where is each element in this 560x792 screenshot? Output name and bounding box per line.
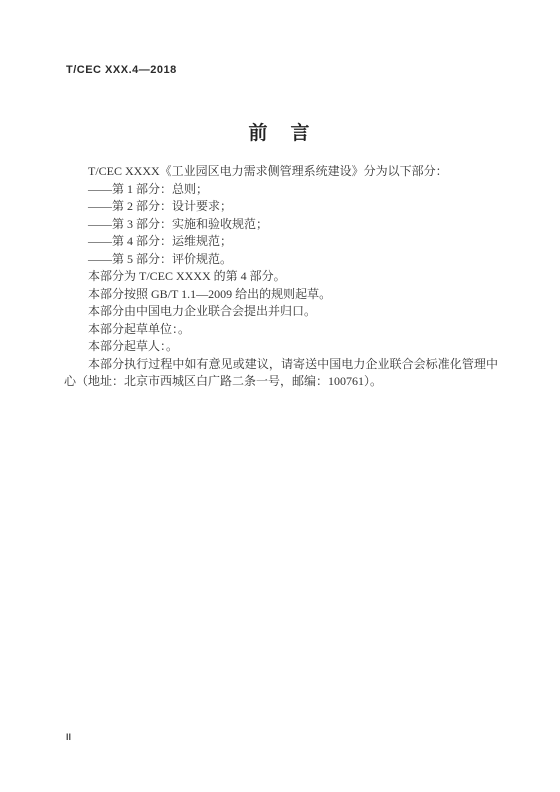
document-page: T/CEC XXX.4—2018 前 言 T/CEC XXXX《工业园区电力需求…: [0, 0, 560, 792]
page-title: 前 言: [0, 118, 560, 145]
foreword-body: T/CEC XXXX《工业园区电力需求侧管理系统建设》分为以下部分： ——第 1…: [64, 163, 498, 391]
foreword-part-item: ——第 1 部分：总则；: [64, 181, 498, 199]
page-number: II: [66, 732, 71, 742]
foreword-part-item: ——第 5 部分：评价规范。: [64, 251, 498, 269]
foreword-paragraph: 本部分由中国电力企业联合会提出并归口。: [64, 303, 498, 321]
foreword-paragraph: 本部分起草人：。: [64, 338, 498, 356]
foreword-part-item: ——第 3 部分：实施和验收规范；: [64, 216, 498, 234]
foreword-paragraph: 本部分执行过程中如有意见或建议，请寄送中国电力企业联合会标准化管理中心（地址：北…: [64, 356, 498, 391]
foreword-paragraph: 本部分按照 GB/T 1.1—2009 给出的规则起草。: [64, 286, 498, 304]
foreword-paragraph: 本部分为 T/CEC XXXX 的第 4 部分。: [64, 268, 498, 286]
standard-number-header: T/CEC XXX.4—2018: [66, 64, 177, 76]
foreword-paragraph: 本部分起草单位：。: [64, 321, 498, 339]
foreword-part-item: ——第 4 部分：运维规范；: [64, 233, 498, 251]
foreword-part-item: ——第 2 部分：设计要求；: [64, 198, 498, 216]
foreword-intro: T/CEC XXXX《工业园区电力需求侧管理系统建设》分为以下部分：: [64, 163, 498, 181]
